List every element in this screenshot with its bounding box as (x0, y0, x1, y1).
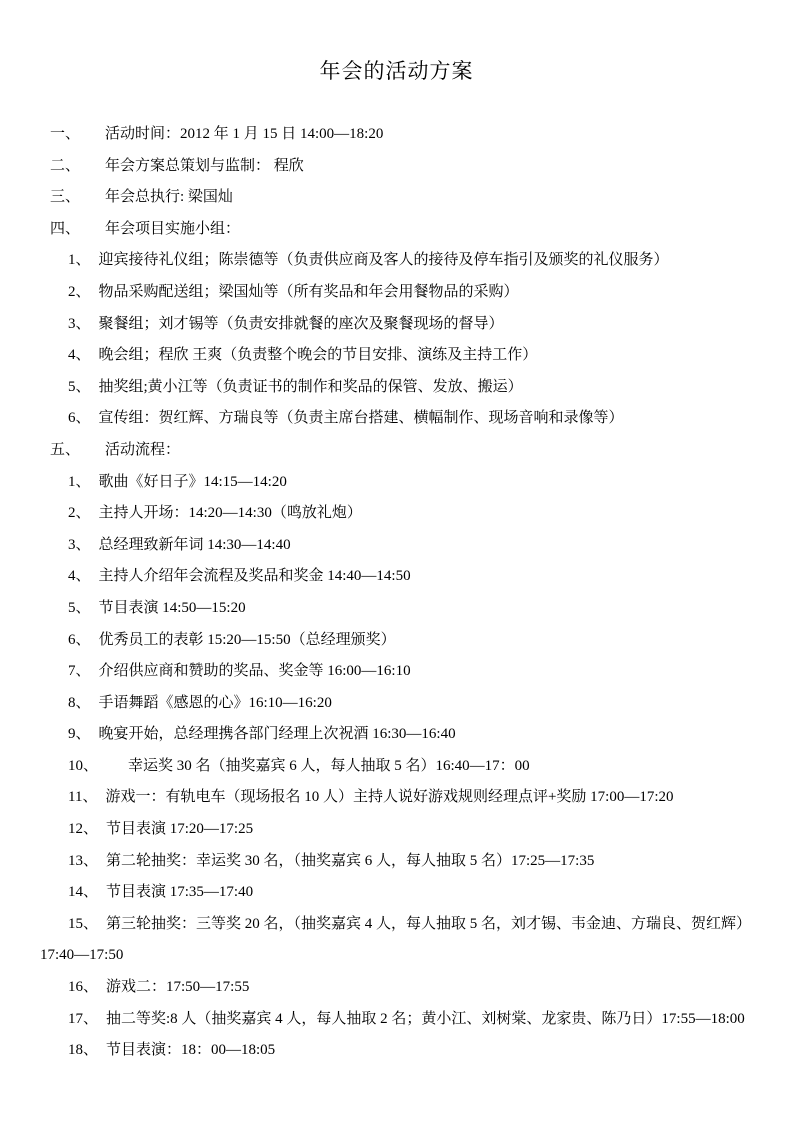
section-text: 年会总执行: 梁国灿 (105, 189, 233, 205)
list-item-number: 9、 (68, 726, 91, 742)
list-item: 4、主持人介绍年会流程及奖品和奖金 14:40—14:50 (40, 561, 753, 593)
list-item-number: 2、 (68, 284, 91, 300)
list-item-text: 幸运奖 30 名（抽奖嘉宾 6 人，每人抽取 5 名）16:40—17：00 (128, 758, 530, 774)
list-item: 15、第三轮抽奖：三等奖 20 名，（抽奖嘉宾 4 人，每人抽取 5 名，刘才锡… (40, 909, 753, 972)
list-item-text: 游戏一：有轨电车（现场报名 10 人）主持人说好游戏规则经理点评+奖励 17:0… (105, 789, 673, 805)
list-item: 5、节目表演 14:50—15:20 (40, 593, 753, 625)
list-item-number: 14、 (68, 884, 98, 900)
list-item-text: 介绍供应商和赞助的奖品、奖金等 16:00—16:10 (99, 663, 411, 679)
list-item: 7、介绍供应商和赞助的奖品、奖金等 16:00—16:10 (40, 656, 753, 688)
list-item-text: 宣传组：贺红辉、方瑞良等（负责主席台搭建、横幅制作、现场音响和录像等） (99, 410, 624, 426)
section-number: 二、 (50, 151, 80, 183)
list-item-number: 6、 (68, 632, 91, 648)
list-item-text: 主持人开场：14:20—14:30（鸣放礼炮） (99, 505, 362, 521)
list-item: 18、节目表演：18：00—18:05 (40, 1035, 753, 1067)
list-item-number: 5、 (68, 379, 91, 395)
list-item-number: 16、 (68, 979, 98, 995)
section-heading-schedule: 五、活动流程： (40, 435, 753, 467)
list-item-number: 12、 (68, 821, 98, 837)
list-item: 2、物品采购配送组；梁国灿等（所有奖品和年会用餐物品的采购） (40, 277, 753, 309)
list-item-number: 1、 (68, 252, 91, 268)
document-title: 年会的活动方案 (40, 56, 753, 86)
list-item-number: 13、 (68, 853, 98, 869)
list-item: 6、优秀员工的表彰 15:20—15:50（总经理颁奖） (40, 625, 753, 657)
section-heading-chief-executor: 三、年会总执行: 梁国灿 (40, 182, 753, 214)
list-item: 12、节目表演 17:20—17:25 (40, 814, 753, 846)
section-number: 三、 (50, 182, 80, 214)
section-text: 活动流程： (105, 442, 180, 458)
list-item: 1、迎宾接待礼仪组；陈崇德等（负责供应商及客人的接待及停车指引及颁奖的礼仪服务） (40, 245, 753, 277)
list-item-text: 总经理致新年词 14:30—14:40 (99, 537, 291, 553)
list-item-text: 抽二等奖:8 人（抽奖嘉宾 4 人，每人抽取 2 名；黄小江、刘树棠、龙家贵、陈… (106, 1011, 745, 1027)
list-item-number: 8、 (68, 695, 91, 711)
list-item-text: 第三轮抽奖：三等奖 20 名，（抽奖嘉宾 4 人，每人抽取 5 名，刘才锡、韦金… (40, 916, 751, 964)
list-item-text: 节目表演：18：00—18:05 (106, 1042, 275, 1058)
list-item-text: 节目表演 17:20—17:25 (106, 821, 253, 837)
section-number: 一、 (50, 119, 80, 151)
list-item-number: 11、 (68, 789, 97, 805)
section-heading-chief-planner: 二、年会方案总策划与监制： 程欣 (40, 151, 753, 183)
list-item: 5、抽奖组;黄小江等（负责证书的制作和奖品的保管、发放、搬运） (40, 372, 753, 404)
section-heading-project-teams: 四、年会项目实施小组： (40, 214, 753, 246)
list-item: 2、主持人开场：14:20—14:30（鸣放礼炮） (40, 498, 753, 530)
list-item-text: 优秀员工的表彰 15:20—15:50（总经理颁奖） (99, 632, 396, 648)
list-item-number: 2、 (68, 505, 91, 521)
section-text: 活动时间：2012 年 1 月 15 日 14:00—18:20 (105, 126, 383, 142)
list-item-text: 晚会组；程欣 王爽（负责整个晚会的节目安排、演练及主持工作） (99, 347, 538, 363)
list-item: 13、第二轮抽奖：幸运奖 30 名，（抽奖嘉宾 6 人，每人抽取 5 名）17:… (40, 846, 753, 878)
list-item: 14、节目表演 17:35—17:40 (40, 877, 753, 909)
list-item: 16、游戏二：17:50—17:55 (40, 972, 753, 1004)
list-item-text: 物品采购配送组；梁国灿等（所有奖品和年会用餐物品的采购） (99, 284, 519, 300)
list-item-text: 主持人介绍年会流程及奖品和奖金 14:40—14:50 (99, 568, 411, 584)
section-text: 年会方案总策划与监制： 程欣 (105, 158, 304, 174)
list-item-number: 5、 (68, 600, 91, 616)
list-item: 17、抽二等奖:8 人（抽奖嘉宾 4 人，每人抽取 2 名；黄小江、刘树棠、龙家… (40, 1004, 753, 1036)
list-item-number: 3、 (68, 316, 91, 332)
list-item-number: 3、 (68, 537, 91, 553)
list-item: 6、宣传组：贺红辉、方瑞良等（负责主席台搭建、横幅制作、现场音响和录像等） (40, 403, 753, 435)
list-item-number: 10、 (68, 758, 98, 774)
list-item-text: 晚宴开始，总经理携各部门经理上次祝酒 16:30—16:40 (99, 726, 456, 742)
list-item-number: 4、 (68, 568, 91, 584)
list-item-text: 第二轮抽奖：幸运奖 30 名，（抽奖嘉宾 6 人，每人抽取 5 名）17:25—… (106, 853, 594, 869)
list-item: 11、游戏一：有轨电车（现场报名 10 人）主持人说好游戏规则经理点评+奖励 1… (40, 782, 753, 814)
list-item-text: 节目表演 17:35—17:40 (106, 884, 253, 900)
list-item: 9、晚宴开始，总经理携各部门经理上次祝酒 16:30—16:40 (40, 719, 753, 751)
list-item-text: 节目表演 14:50—15:20 (99, 600, 246, 616)
list-item-number: 7、 (68, 663, 91, 679)
list-item: 3、聚餐组；刘才锡等（负责安排就餐的座次及聚餐现场的督导） (40, 309, 753, 341)
list-item-number: 1、 (68, 474, 91, 490)
list-item: 1、歌曲《好日子》14:15—14:20 (40, 467, 753, 499)
list-item-number: 15、 (68, 916, 98, 932)
list-item-number: 17、 (68, 1011, 98, 1027)
list-item-number: 6、 (68, 410, 91, 426)
section-heading-activity-time: 一、活动时间：2012 年 1 月 15 日 14:00—18:20 (40, 119, 753, 151)
list-item-text: 歌曲《好日子》14:15—14:20 (99, 474, 287, 490)
list-item: 3、总经理致新年词 14:30—14:40 (40, 530, 753, 562)
list-item-text: 迎宾接待礼仪组；陈崇德等（负责供应商及客人的接待及停车指引及颁奖的礼仪服务） (99, 252, 669, 268)
section-text: 年会项目实施小组： (105, 221, 240, 237)
list-item: 8、手语舞蹈《感恩的心》16:10—16:20 (40, 688, 753, 720)
section-number: 五、 (50, 435, 80, 467)
list-item-text: 手语舞蹈《感恩的心》16:10—16:20 (99, 695, 332, 711)
list-item-text: 聚餐组；刘才锡等（负责安排就餐的座次及聚餐现场的督导） (99, 316, 504, 332)
section-number: 四、 (50, 214, 80, 246)
list-item: 4、晚会组；程欣 王爽（负责整个晚会的节目安排、演练及主持工作） (40, 340, 753, 372)
list-item-number: 4、 (68, 347, 91, 363)
list-item-text: 抽奖组;黄小江等（负责证书的制作和奖品的保管、发放、搬运） (99, 379, 523, 395)
list-item-number: 18、 (68, 1042, 98, 1058)
list-item-text: 游戏二：17:50—17:55 (106, 979, 249, 995)
document-page: 年会的活动方案 一、活动时间：2012 年 1 月 15 日 14:00—18:… (0, 0, 793, 1067)
list-item: 10、幸运奖 30 名（抽奖嘉宾 6 人，每人抽取 5 名）16:40—17：0… (40, 751, 753, 783)
